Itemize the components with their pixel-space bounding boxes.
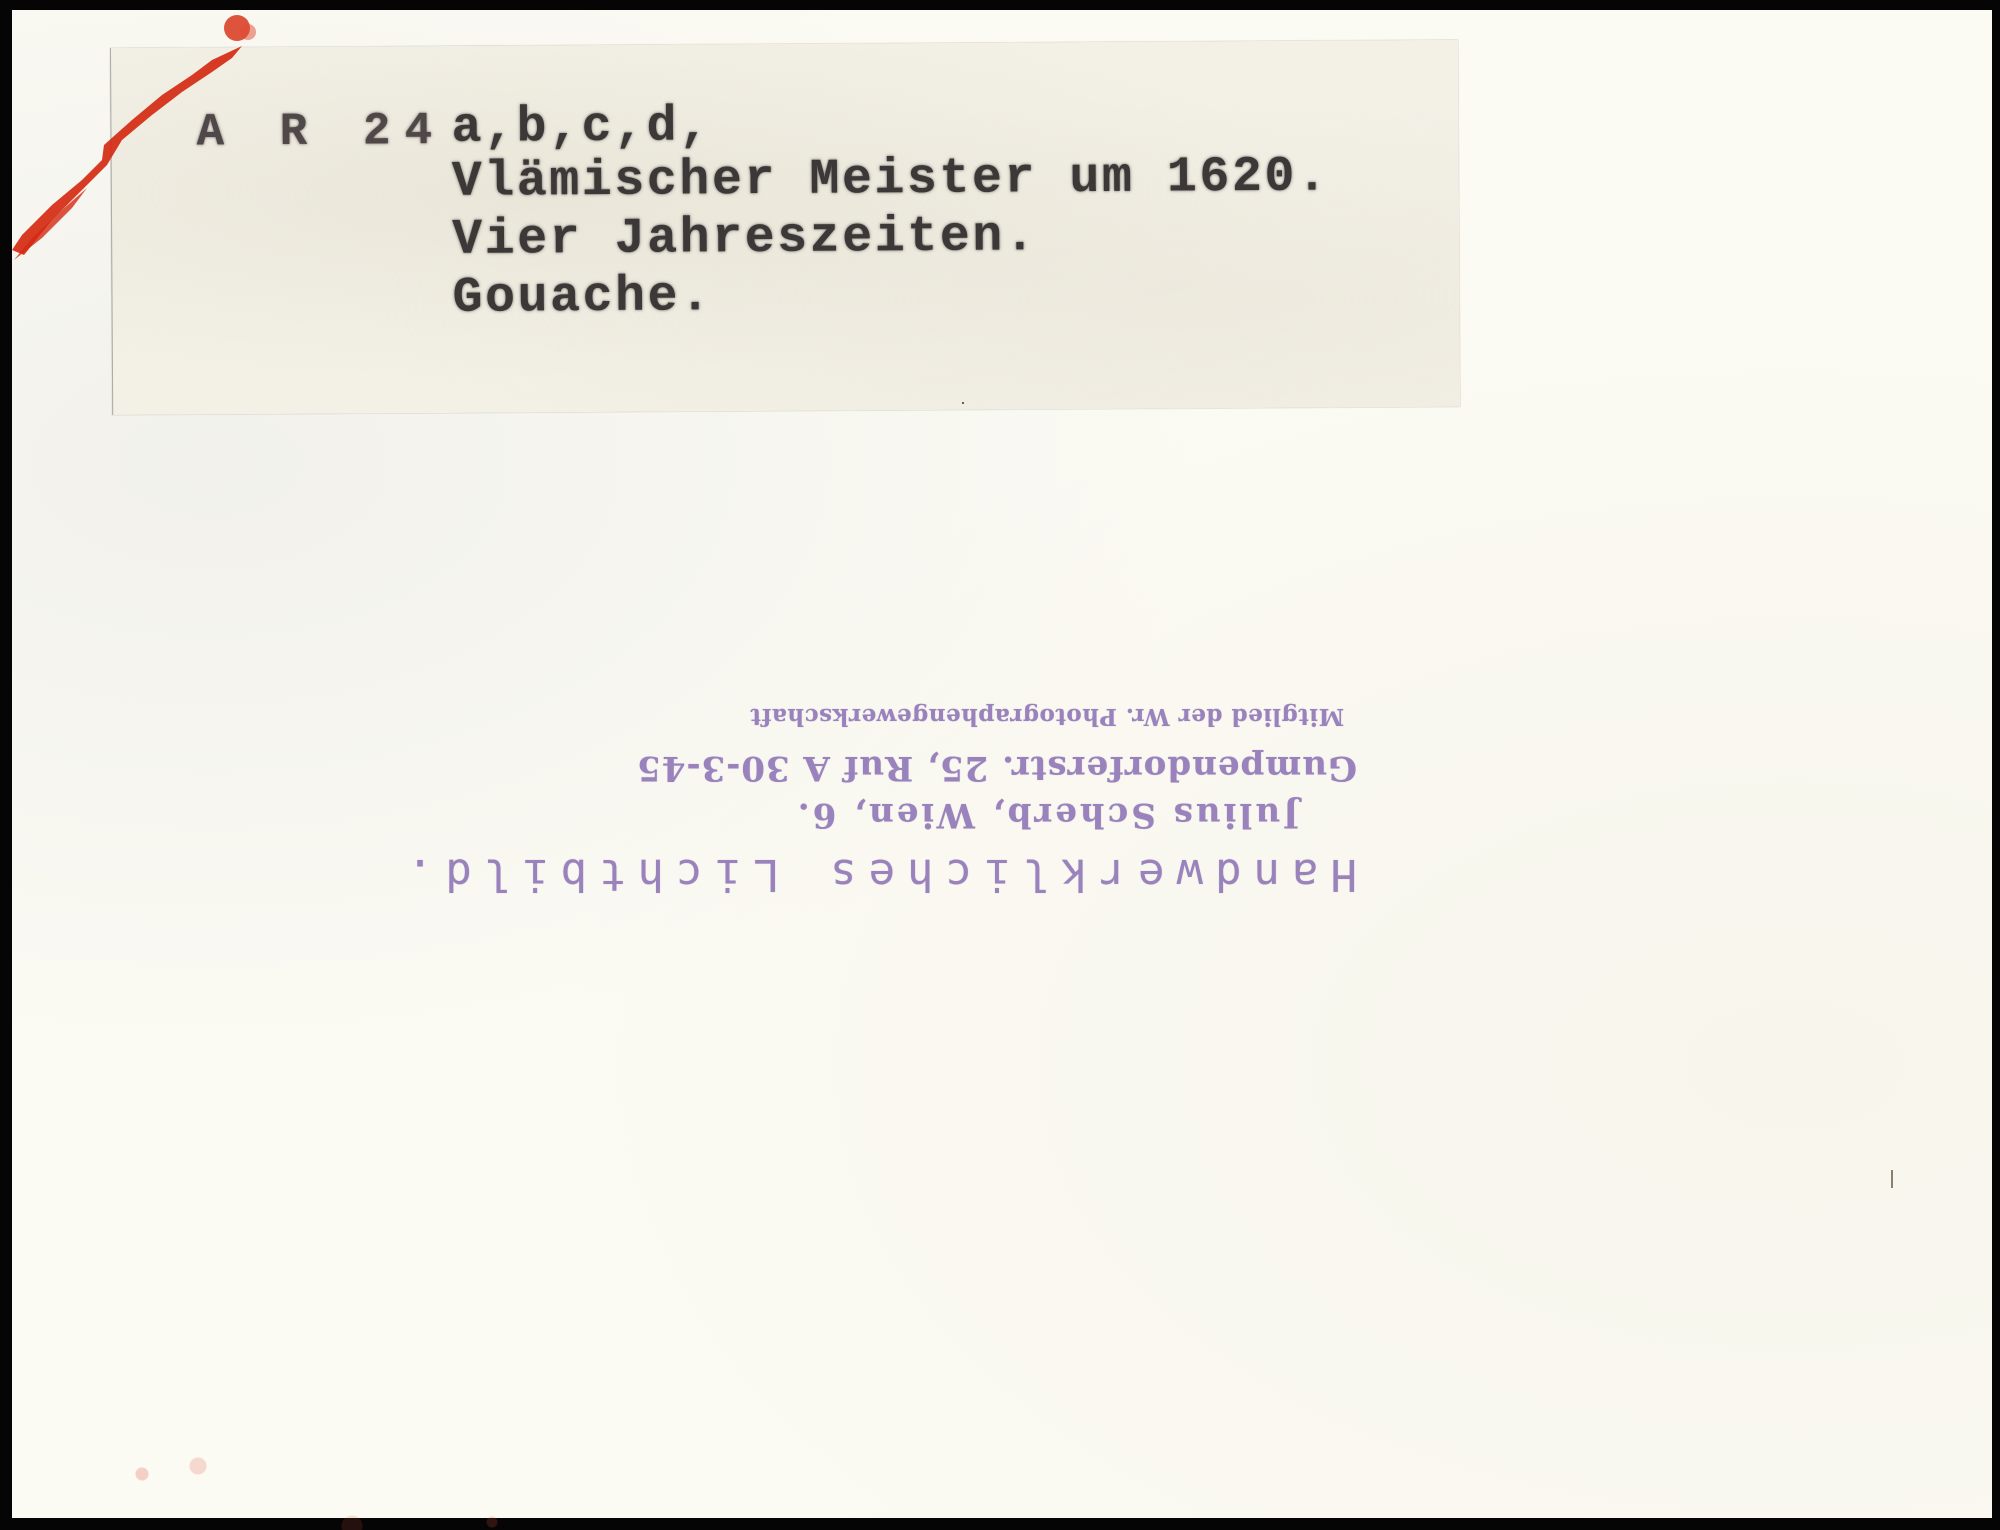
label-line-medium: Gouache.: [452, 272, 712, 324]
label-line-title: Vier Jahreszeiten.: [452, 212, 1037, 266]
typed-label: A R 24 a,b,c,d, Vlämischer Meister um 16…: [110, 40, 1460, 415]
red-crayon-dust: [72, 1450, 772, 1530]
stamp-line-title: Handwerkliches Lichtbild.: [737, 849, 1357, 900]
red-crayon-stroke: [12, 10, 312, 290]
label-line-artist: Vlämischer Meister um 1620.: [452, 153, 1330, 208]
speck: [962, 402, 964, 404]
photographer-stamp: Handwerkliches Lichtbild. Julius Scherb,…: [737, 675, 1357, 900]
pencil-mark: [1891, 1170, 1893, 1188]
photo-back-paper: A R 24 a,b,c,d, Vlämischer Meister um 16…: [12, 10, 1992, 1518]
stamp-line-name: Julius Scherb, Wien, 6.: [737, 795, 1357, 835]
label-line-parts: a,b,c,d,: [451, 102, 711, 154]
stamp-line-address: Gumpendorferstr. 25, Ruf A 30-3-45: [737, 748, 1357, 788]
stamp-line-membership: Mitglied der Wr. Photographengewerkschaf…: [737, 703, 1357, 730]
